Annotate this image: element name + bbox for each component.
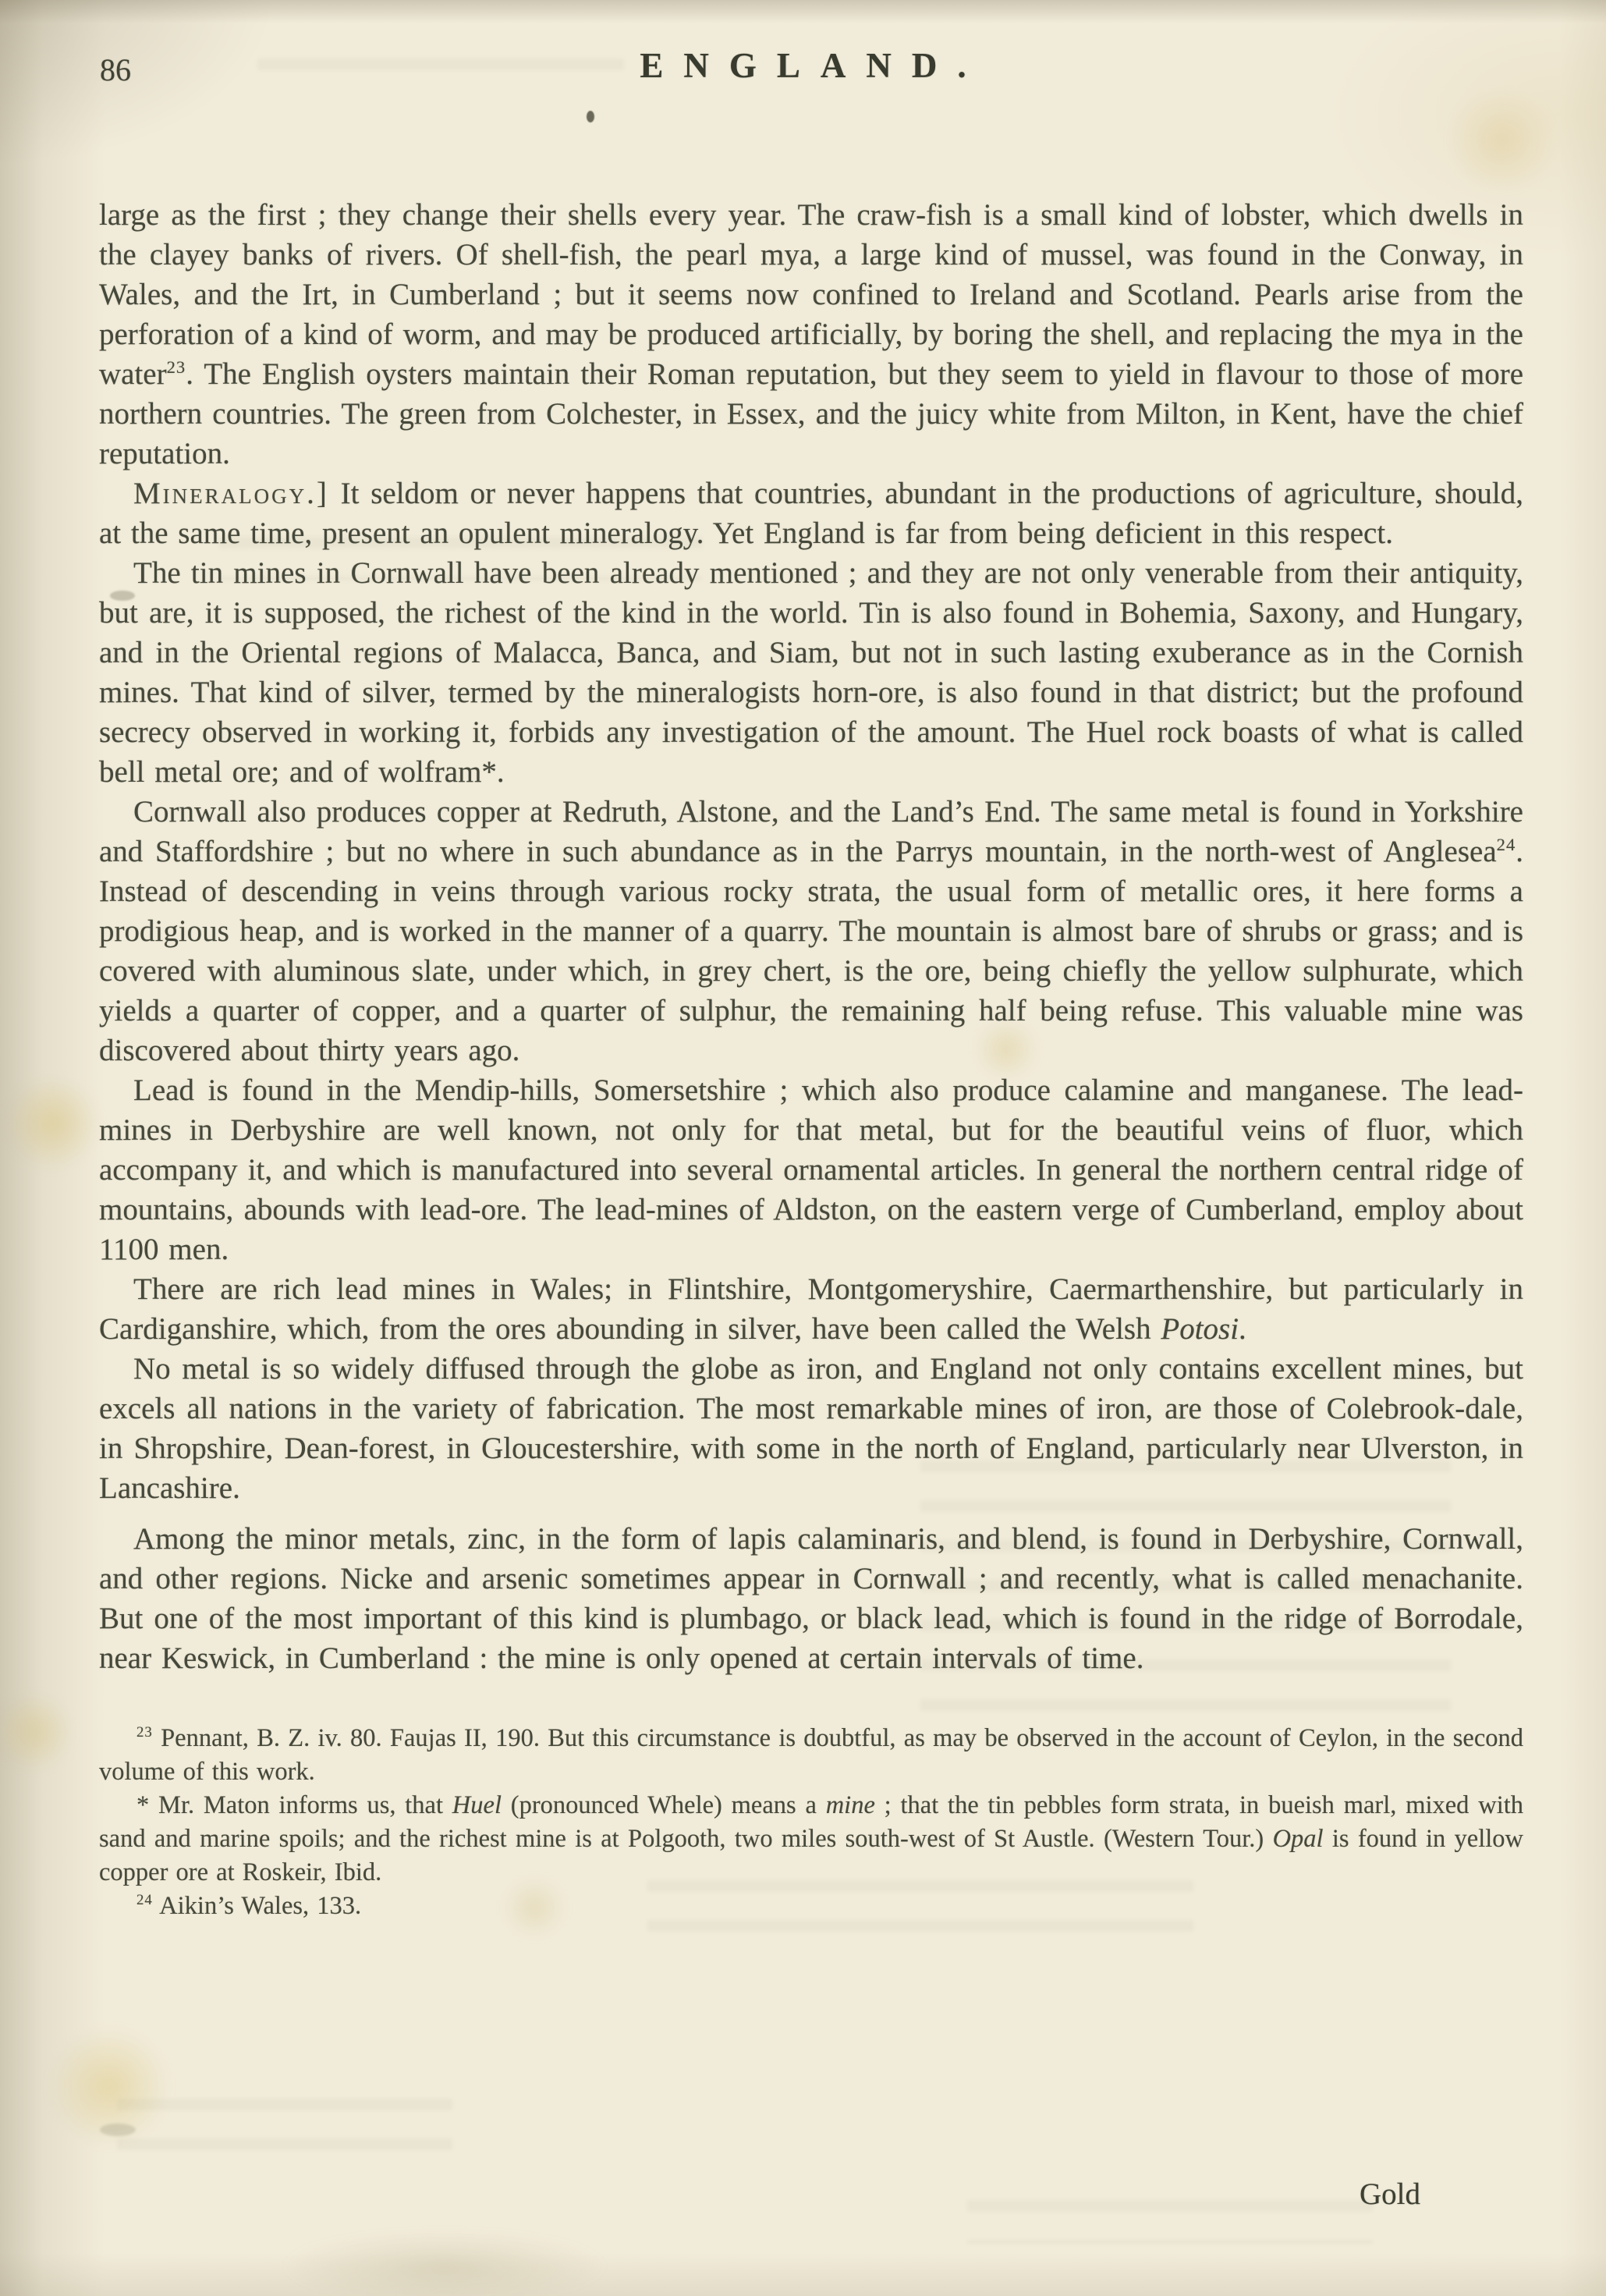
paper-stain — [1443, 94, 1560, 187]
text-segment: . Instead of descending in veins through… — [99, 835, 1523, 1067]
text-segment: The tin mines in Cornwall have been alre… — [99, 556, 1523, 789]
text-segment: Mineralogy.] — [133, 477, 329, 510]
body-paragraph-3: The tin mines in Cornwall have been alre… — [99, 553, 1523, 792]
body-paragraph-5: Lead is found in the Mendip-hills, Somer… — [99, 1070, 1523, 1269]
text-segment: . The English oysters maintain their Rom… — [99, 357, 1523, 470]
book-page: 86 ENGLAND. large as the first ; they ch… — [0, 0, 1606, 2296]
text-segment: Lead is found in the Mendip-hills, Somer… — [99, 1073, 1523, 1266]
text-segment: . — [1239, 1312, 1246, 1346]
text-segment: No metal is so widely diffused through t… — [99, 1352, 1523, 1505]
show-through-smudge — [117, 2099, 452, 2173]
body-paragraph-4: Cornwall also produces copper at Redruth… — [99, 792, 1523, 1070]
footnote-2: * Mr. Maton informs us, that Huel (prono… — [99, 1789, 1523, 1890]
text-segment: Opal — [1273, 1825, 1324, 1853]
ink-speck — [100, 2124, 136, 2136]
paper-stain — [281, 2231, 608, 2296]
text-segment: 23 — [167, 357, 186, 377]
ink-speck — [587, 111, 594, 122]
footnotes-section: 23 Pennant, B. Z. iv. 80. Faujas II, 190… — [99, 1722, 1523, 1923]
body-paragraph-6: There are rich lead mines in Wales; in F… — [99, 1269, 1523, 1349]
show-through-smudge — [967, 2200, 1373, 2244]
footnote-1: 23 Pennant, B. Z. iv. 80. Faujas II, 190… — [99, 1722, 1523, 1789]
footnote-3: 24 Aikin’s Wales, 133. — [99, 1890, 1523, 1923]
paper-stain — [0, 1693, 73, 1771]
text-segment: Aikin’s Wales, 133. — [153, 1892, 361, 1920]
catchword: Gold — [1360, 2177, 1420, 2212]
running-title: ENGLAND. — [0, 45, 1606, 86]
text-segment: 24 — [1497, 835, 1516, 854]
paper-stain — [6, 1077, 100, 1170]
text-segment: Pennant, B. Z. iv. 80. Faujas II, 190. B… — [99, 1724, 1523, 1786]
text-segment: There are rich lead mines in Wales; in F… — [99, 1272, 1523, 1346]
text-segment: * Mr. Maton informs us, that — [136, 1791, 452, 1819]
paper-stain — [47, 2028, 172, 2145]
text-segment: Among the minor metals, zinc, in the for… — [99, 1522, 1523, 1675]
text-column: large as the first ; they change their s… — [99, 195, 1523, 1923]
text-segment: (pronounced Whele) means a — [502, 1791, 826, 1819]
body-paragraph-2: Mineralogy.] It seldom or never happens … — [99, 474, 1523, 553]
body-paragraph-7: No metal is so widely diffused through t… — [99, 1349, 1523, 1508]
text-segment: Cornwall also produces copper at Redruth… — [99, 795, 1523, 868]
body-paragraph-1: large as the first ; they change their s… — [99, 195, 1523, 474]
text-segment: Potosi — [1161, 1312, 1239, 1346]
text-segment: Huel — [452, 1791, 502, 1819]
text-segment: 24 — [136, 1892, 153, 1908]
text-segment: 23 — [136, 1724, 153, 1741]
body-paragraph-8: Among the minor metals, zinc, in the for… — [99, 1519, 1523, 1678]
text-segment: mine — [826, 1791, 875, 1819]
